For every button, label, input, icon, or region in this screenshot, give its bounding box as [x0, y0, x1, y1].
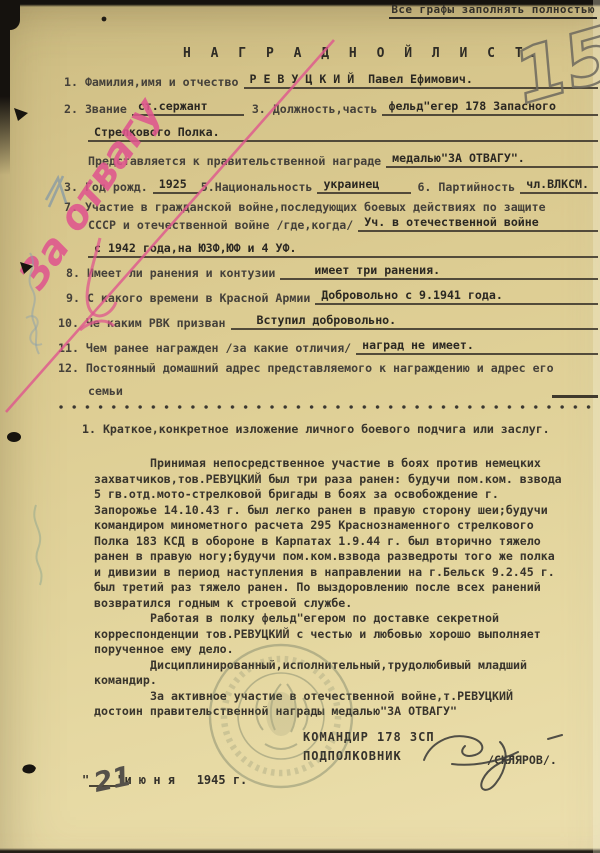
commander-rank-line: ПОДПОЛКОВНИК — [303, 749, 402, 763]
field-home-address-label-1: 12. Постоянный домашний адрес представля… — [58, 361, 554, 375]
wounds-label: 8. Имеет ли ранения и контузии — [66, 266, 280, 280]
merits-paragraph: Работая в полку фельд"егером по доставке… — [94, 611, 564, 658]
army-since-value: Добровольно с 9.1941 года. — [315, 288, 598, 305]
green-pencil-mark — [34, 505, 41, 585]
merits-paragraph: За активное участие в отечественной войн… — [94, 689, 564, 720]
field-war-participation-label-1: 7. Участие в гражданской войне,последующ… — [64, 200, 546, 214]
wounds-value: имеет три ранения. — [280, 263, 598, 280]
merits-description: Принимая непосредственное участие в боях… — [94, 456, 564, 720]
scan-blot — [22, 764, 36, 773]
merits-paragraph: Принимая непосредственное участие в боях… — [94, 456, 564, 611]
presented-label: Представляется к правительственной награ… — [88, 154, 386, 168]
blank-line — [552, 389, 598, 398]
field-position-value: фельд"егер 178 Запасного — [382, 99, 598, 116]
scan-blot — [14, 108, 28, 121]
merits-section-heading: 1. Краткое,конкретное изложение личного … — [82, 422, 550, 436]
birth-year-value: 1925 — [153, 177, 199, 194]
party-value: чл.ВЛКСМ. — [520, 177, 598, 194]
previous-awards-value: наград не имеет. — [356, 338, 598, 355]
form-instruction-note: Все графы заполнять полностью — [389, 3, 597, 19]
field-name: 1. Фамилия,имя и отчество Р Е В У Ц К И … — [64, 72, 598, 89]
birth-year-label: 3. Год рожд. — [64, 180, 153, 194]
field-home-address: семьи — [88, 384, 598, 398]
field-war-participation: СССР и отечественной войне /где,когда/ У… — [88, 215, 598, 232]
commander-name: /СКЛЯРОВ/. — [487, 753, 557, 767]
nationality-value: украинец — [317, 177, 411, 194]
date-rest: "и ю н я 1945 г. — [117, 773, 247, 787]
field-army-since: 9. С какого времени в Красной Армии Добр… — [66, 288, 598, 305]
date-open-quote: " — [82, 773, 89, 787]
previous-awards-label: 11. Чем ранее награжден /за какие отличи… — [58, 341, 356, 355]
blue-checkmark — [46, 176, 66, 207]
merits-paragraph: Дисциплинированный,исполнительный,трудол… — [94, 658, 564, 689]
drafted-by-label: 10. Че каким РВК призван — [58, 316, 231, 330]
home-address-label-2: семьи — [88, 384, 128, 398]
award-sheet-document: Все графы заполнять полностью Н А Г Р А … — [0, 0, 600, 853]
war-participation-label-2: СССР и отечественной войне /где,когда/ — [88, 218, 358, 232]
war-participation-value-2: с 1942 года,на ЮЗФ,ЮФ и 4 УФ. — [88, 241, 598, 258]
field-name-label: 1. Фамилия,имя и отчество — [64, 75, 244, 89]
scan-blot — [20, 262, 33, 274]
party-label: 6. Партийность — [411, 180, 520, 194]
presented-value: медалью"ЗА ОТВАГУ". — [386, 151, 598, 168]
army-since-label: 9. С какого времени в Красной Армии — [66, 291, 315, 305]
scan-edge-left — [0, 0, 10, 175]
blue-loop — [26, 316, 42, 345]
scan-blot — [102, 17, 107, 22]
drafted-by-value: Вступил добровольно. — [231, 313, 598, 330]
date-day-slot — [89, 773, 117, 787]
war-participation-value-1: Уч. в отечественной войне — [358, 215, 598, 232]
field-previous-awards: 11. Чем ранее награжден /за какие отличи… — [58, 338, 598, 355]
field-war-participation-cont: с 1942 года,на ЮЗФ,ЮФ и 4 УФ. — [88, 241, 598, 258]
field-wounds: 8. Имеет ли ранения и контузии имеет три… — [66, 263, 598, 280]
scan-edge-bottom — [0, 848, 600, 853]
field-rank-label: 2. Звание — [64, 102, 132, 116]
scan-blot — [7, 432, 21, 442]
nationality-label: 5.Национальность — [199, 180, 318, 194]
blue-scribble — [30, 253, 39, 354]
dotted-separator — [58, 404, 596, 411]
field-name-value: Р Е В У Ц К И Й Павел Ефимович. — [244, 72, 598, 89]
field-rank-value: ст.сержант — [132, 99, 244, 116]
commander-title-line: КОМАНДИР 178 ЗСП — [303, 730, 435, 744]
field-position-label: 3. Должность,часть — [244, 102, 383, 116]
date-line: " "и ю н я 1945 г. — [82, 773, 247, 787]
field-rank-position: 2. Звание ст.сержант 3. Должность,часть … — [64, 99, 598, 116]
field-birth-nationality-party: 3. Год рожд. 1925 5.Национальность украи… — [64, 177, 598, 194]
field-position-value-cont: Стрелкового Полка. — [88, 125, 598, 142]
document-title: Н А Г Р А Д Н О Й Л И С Т. — [183, 46, 543, 61]
field-drafted-by: 10. Че каким РВК призван Вступил доброво… — [58, 313, 598, 330]
field-presented-award: Представляется к правительственной награ… — [88, 151, 598, 168]
